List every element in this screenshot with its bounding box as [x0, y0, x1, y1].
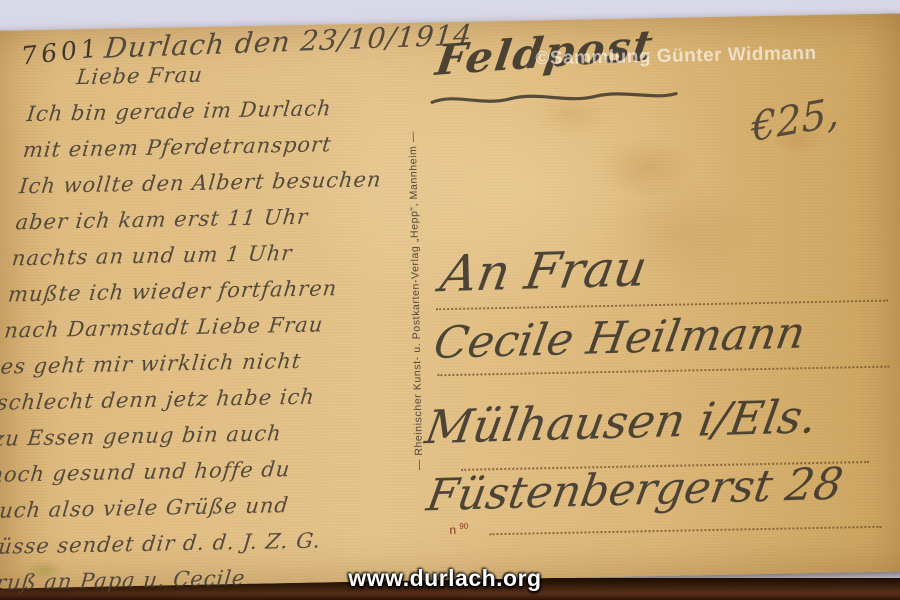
publisher-imprint: — Rheinischer Kunst- u. Postkarten-Verla…: [405, 61, 430, 541]
print-mark-number: 90: [459, 522, 468, 531]
print-mark: n 90: [449, 522, 468, 537]
site-url-watermark: www.durlach.org: [0, 565, 890, 592]
print-mark-letter: n: [449, 523, 456, 537]
feldpost-underline: [428, 86, 680, 116]
address-rule-2: [437, 366, 889, 377]
price-note: €25,: [750, 89, 839, 151]
message-text: Liebe Frau Ich bin gerade im Durlach mit…: [0, 52, 432, 600]
collection-watermark: ©Sammlung Günter Widmann: [535, 43, 817, 70]
postcard-back: 7601 Durlach den 23/10/1914 Liebe Frau I…: [0, 13, 900, 589]
address-line-recipient-name: Cecile Heilmann: [430, 307, 809, 369]
address-line-street: Füstenbergerst 28: [423, 459, 846, 522]
address-rule-4: [489, 526, 881, 536]
address-line-recipient-title: An Frau: [436, 239, 651, 303]
postcard-scan-photo: 7601 Durlach den 23/10/1914 Liebe Frau I…: [0, 0, 900, 600]
address-line-city: Mülhausen i/Els.: [422, 389, 821, 454]
